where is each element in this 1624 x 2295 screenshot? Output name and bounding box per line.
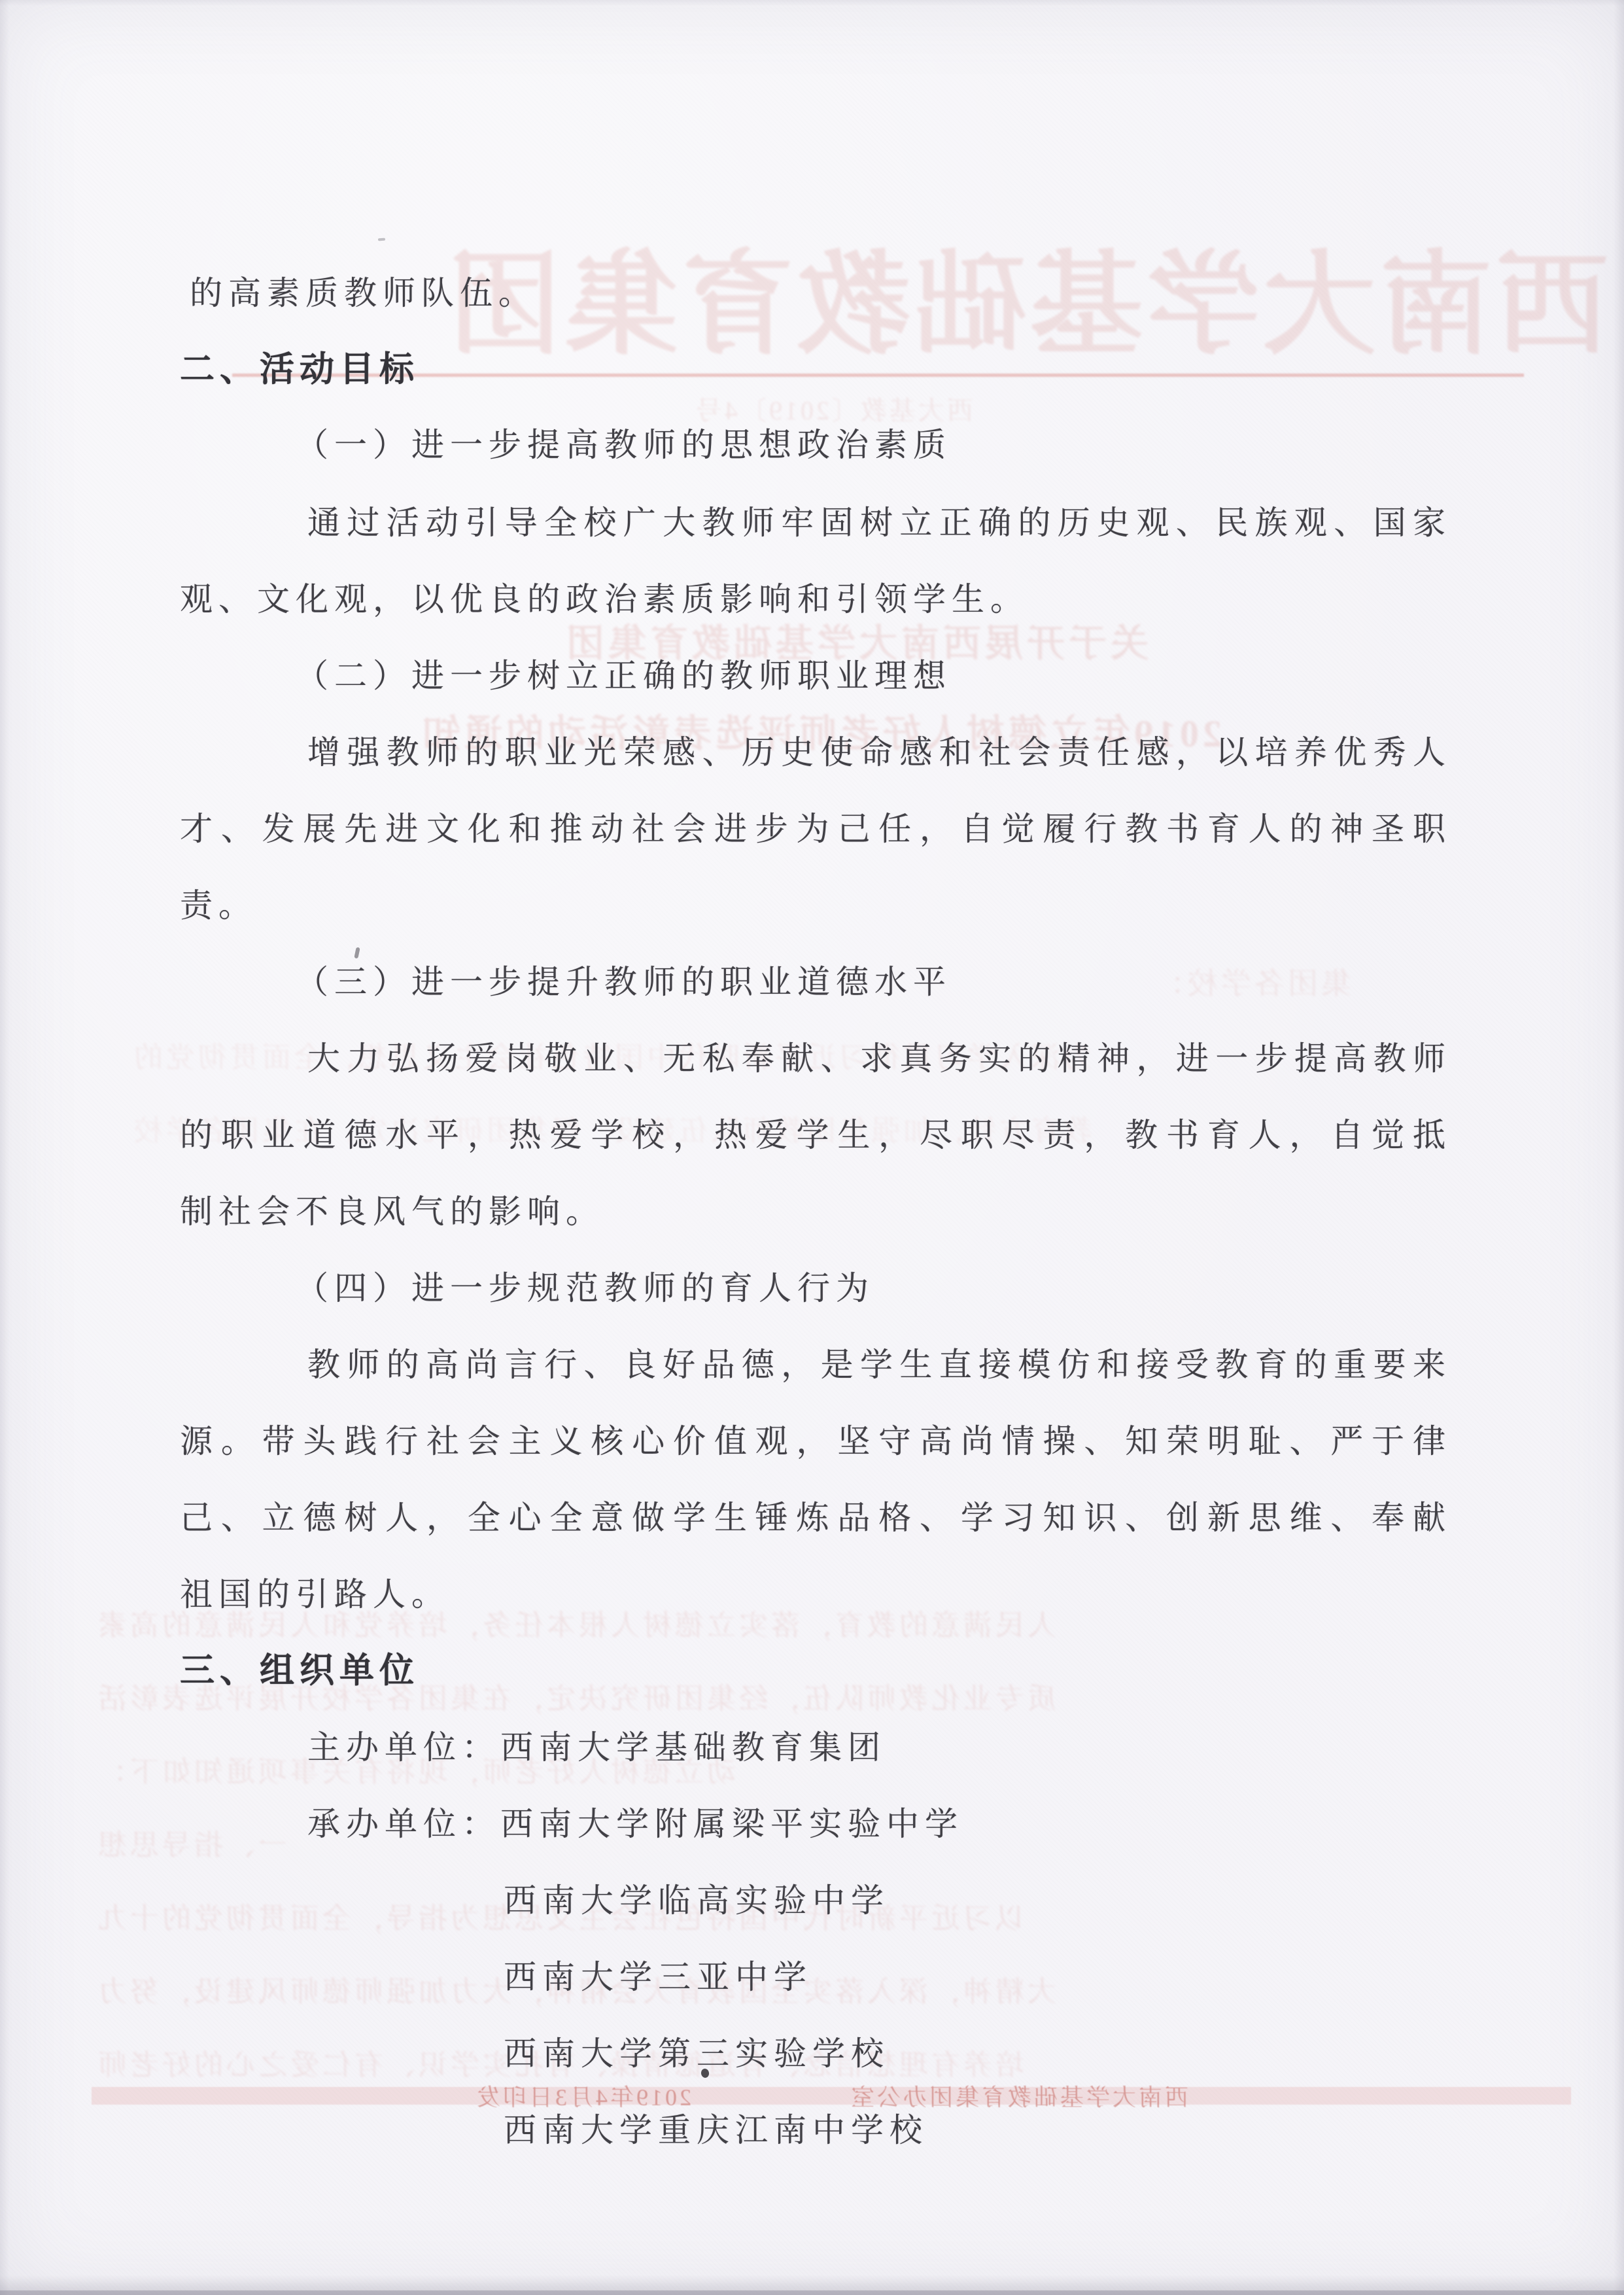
scanned-document-page: 西南大学基础教育集团西大基教〔2019〕4号关于开展西南大学基础教育集团2019…	[0, 0, 1624, 2295]
document-line: 承办单位：西南大学附属梁平实验中学	[307, 1806, 963, 1842]
document-line: 二、活动目标	[180, 350, 419, 389]
document-line: （三）进一步提升教师的职业道德水平	[296, 964, 952, 1000]
document-line: （二）进一步树立正确的教师职业理想	[296, 657, 952, 694]
document-line: 的高素质教师队伍。	[190, 275, 537, 311]
document-line: 西南大学临高实验中学	[504, 1882, 890, 1919]
document-line: 制社会不良风气的影响。	[180, 1193, 604, 1230]
document-line: 的职业道德水平，热爱学校，热爱学生，尽职尽责，教书育人，自觉抵	[180, 1117, 1445, 1153]
document-line: 责。	[180, 887, 257, 924]
document-line: 观、文化观，以优良的政治素质影响和引领学生。	[180, 581, 1029, 618]
document-line: 通过活动引导全校广大教师牢固树立正确的历史观、民族观、国家	[307, 504, 1445, 541]
document-line: 西南大学第三实验学校	[504, 2035, 890, 2072]
document-line: 源。带头践行社会主义核心价值观，坚守高尚情操、知荣明耻、严于律	[180, 1423, 1445, 1460]
document-line: 主办单位：西南大学基础教育集团	[307, 1729, 886, 1766]
document-line: 三、组织单位	[180, 1651, 419, 1690]
document-line: 大力弘扬爱岗敬业、无私奉献、求真务实的精神，进一步提高教师	[307, 1040, 1445, 1077]
document-line: 增强教师的职业光荣感、历史使命感和社会责任感，以培养优秀人	[307, 734, 1445, 771]
document-line: 西南大学三亚中学	[504, 1959, 812, 1995]
document-line: 教师的高尚言行、良好品德，是学生直接模仿和接受教育的重要来	[307, 1346, 1445, 1383]
document-line: 西南大学重庆江南中学校	[504, 2112, 928, 2148]
document-line: （一）进一步提高教师的思想政治素质	[296, 427, 952, 463]
document-line: 才、发展先进文化和推动社会进步为己任，自觉履行教书育人的神圣职	[180, 811, 1445, 847]
document-line: 祖国的引路人。	[180, 1576, 450, 1613]
document-text-layer: 的高素质教师队伍。二、活动目标（一）进一步提高教师的思想政治素质通过活动引导全校…	[0, 0, 1624, 2295]
document-line: （四）进一步规范教师的育人行为	[296, 1270, 874, 1306]
document-line: 己、立德树人，全心全意做学生锤炼品格、学习知识、创新思维、奉献	[180, 1499, 1445, 1536]
ink-speck	[378, 238, 385, 241]
